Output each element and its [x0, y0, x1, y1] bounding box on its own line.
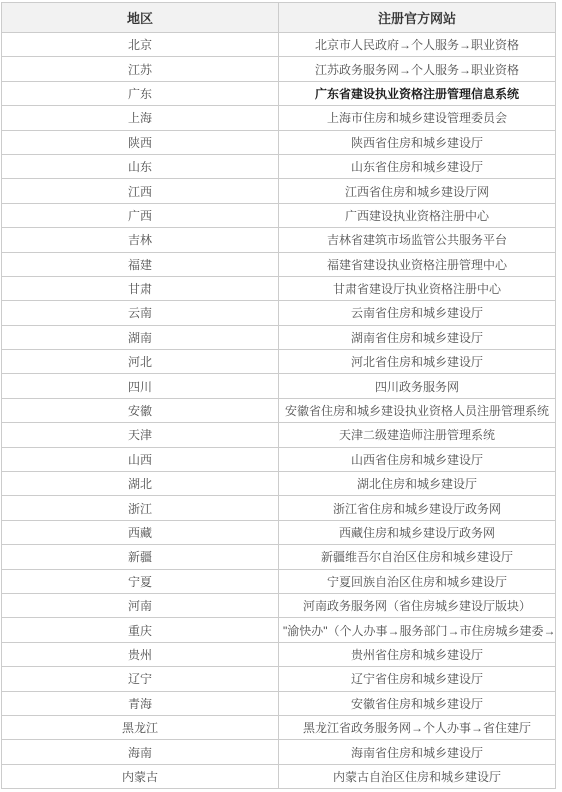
region-cell: 甘肃	[2, 276, 279, 300]
region-cell: 新疆	[2, 545, 279, 569]
header-cell-region: 地区	[2, 3, 279, 33]
region-cell: 青海	[2, 691, 279, 715]
website-cell: 黑龙江省政务服务网→个人办事→省住建厅	[279, 715, 556, 739]
region-cell: 重庆	[2, 618, 279, 642]
region-cell: 黑龙江	[2, 715, 279, 739]
website-cell: 天津二级建造师注册管理系统	[279, 423, 556, 447]
website-cell: 河北省住房和城乡建设厅	[279, 350, 556, 374]
website-cell: 湖南省住房和城乡建设厅	[279, 325, 556, 349]
website-cell: 新疆维吾尔自治区住房和城乡建设厅	[279, 545, 556, 569]
table-row: 西藏 西藏住房和城乡建设厅政务网	[2, 520, 556, 544]
website-cell: 山东省住房和城乡建设厅	[279, 154, 556, 178]
region-cell: 江苏	[2, 57, 279, 81]
region-cell: 内蒙古	[2, 764, 279, 788]
website-cell: 陕西省住房和城乡建设厅	[279, 130, 556, 154]
website-cell: 宁夏回族自治区住房和城乡建设厅	[279, 569, 556, 593]
website-cell: 江苏政务服务网→个人服务→职业资格	[279, 57, 556, 81]
website-cell: 四川政务服务网	[279, 374, 556, 398]
table-row: 贵州 贵州省住房和城乡建设厅	[2, 642, 556, 666]
table-row: 浙江 浙江省住房和城乡建设厅政务网	[2, 496, 556, 520]
website-cell: 山西省住房和城乡建设厅	[279, 447, 556, 471]
region-cell: 北京	[2, 33, 279, 57]
website-cell: 辽宁省住房和城乡建设厅	[279, 667, 556, 691]
website-cell: 浙江省住房和城乡建设厅政务网	[279, 496, 556, 520]
table-row: 北京 北京市人民政府→个人服务→职业资格	[2, 33, 556, 57]
table-row: 湖南 湖南省住房和城乡建设厅	[2, 325, 556, 349]
region-cell: 山西	[2, 447, 279, 471]
table-row: 黑龙江 黑龙江省政务服务网→个人办事→省住建厅	[2, 715, 556, 739]
table-row: 吉林 吉林省建筑市场监管公共服务平台	[2, 228, 556, 252]
region-cell: 贵州	[2, 642, 279, 666]
table-row: 河北 河北省住房和城乡建设厅	[2, 350, 556, 374]
table-header: 地区 注册官方网站	[2, 3, 556, 33]
region-cell: 江西	[2, 179, 279, 203]
website-cell: 安徽省住房和城乡建设厅	[279, 691, 556, 715]
region-cell: 辽宁	[2, 667, 279, 691]
region-cell: 广西	[2, 203, 279, 227]
table-row: 湖北 湖北住房和城乡建设厅	[2, 472, 556, 496]
header-row: 地区 注册官方网站	[2, 3, 556, 33]
website-cell: 广东省建设执业资格注册管理信息系统	[279, 81, 556, 105]
website-cell: 北京市人民政府→个人服务→职业资格	[279, 33, 556, 57]
table-row: 海南 海南省住房和城乡建设厅	[2, 740, 556, 764]
table-row: 云南 云南省住房和城乡建设厅	[2, 301, 556, 325]
region-cell: 云南	[2, 301, 279, 325]
website-cell: 内蒙古自治区住房和城乡建设厅	[279, 764, 556, 788]
region-cell: 海南	[2, 740, 279, 764]
region-cell: 西藏	[2, 520, 279, 544]
table-row: 上海 上海市住房和城乡建设管理委员会	[2, 106, 556, 130]
table-row: 安徽 安徽省住房和城乡建设执业资格人员注册管理系统	[2, 398, 556, 422]
website-cell: 吉林省建筑市场监管公共服务平台	[279, 228, 556, 252]
website-cell: 广西建设执业资格注册中心	[279, 203, 556, 227]
region-cell: 河南	[2, 593, 279, 617]
website-cell: 贵州省住房和城乡建设厅	[279, 642, 556, 666]
table-row: 广东 广东省建设执业资格注册管理信息系统	[2, 81, 556, 105]
table-row: 新疆 新疆维吾尔自治区住房和城乡建设厅	[2, 545, 556, 569]
region-cell: 吉林	[2, 228, 279, 252]
region-cell: 上海	[2, 106, 279, 130]
table-row: 广西 广西建设执业资格注册中心	[2, 203, 556, 227]
registration-websites-table: 地区 注册官方网站 北京 北京市人民政府→个人服务→职业资格 江苏 江苏政务服务…	[1, 2, 556, 789]
website-cell: 甘肃省建设厅执业资格注册中心	[279, 276, 556, 300]
website-cell: "渝快办"（个人办事→服务部门→市住房城乡建委→二级注册建造师相关注册）	[279, 618, 556, 642]
region-cell: 浙江	[2, 496, 279, 520]
website-cell: 安徽省住房和城乡建设执业资格人员注册管理系统	[279, 398, 556, 422]
region-cell: 广东	[2, 81, 279, 105]
table-row: 内蒙古 内蒙古自治区住房和城乡建设厅	[2, 764, 556, 788]
region-cell: 福建	[2, 252, 279, 276]
region-cell: 四川	[2, 374, 279, 398]
website-cell: 河南政务服务网（省住房城乡建设厅版块）	[279, 593, 556, 617]
table-row: 甘肃 甘肃省建设厅执业资格注册中心	[2, 276, 556, 300]
table-row: 辽宁 辽宁省住房和城乡建设厅	[2, 667, 556, 691]
website-cell: 湖北住房和城乡建设厅	[279, 472, 556, 496]
table-row: 山东 山东省住房和城乡建设厅	[2, 154, 556, 178]
table-body: 北京 北京市人民政府→个人服务→职业资格 江苏 江苏政务服务网→个人服务→职业资…	[2, 33, 556, 789]
table-row: 重庆 "渝快办"（个人办事→服务部门→市住房城乡建委→二级注册建造师相关注册）	[2, 618, 556, 642]
website-cell: 西藏住房和城乡建设厅政务网	[279, 520, 556, 544]
table-row: 山西 山西省住房和城乡建设厅	[2, 447, 556, 471]
table-row: 福建 福建省建设执业资格注册管理中心	[2, 252, 556, 276]
region-cell: 陕西	[2, 130, 279, 154]
table-row: 四川 四川政务服务网	[2, 374, 556, 398]
region-cell: 湖南	[2, 325, 279, 349]
website-cell: 江西省住房和城乡建设厅网	[279, 179, 556, 203]
header-cell-website: 注册官方网站	[279, 3, 556, 33]
region-cell: 安徽	[2, 398, 279, 422]
region-cell: 山东	[2, 154, 279, 178]
region-cell: 宁夏	[2, 569, 279, 593]
table-row: 陕西 陕西省住房和城乡建设厅	[2, 130, 556, 154]
website-cell: 福建省建设执业资格注册管理中心	[279, 252, 556, 276]
region-cell: 河北	[2, 350, 279, 374]
region-cell: 天津	[2, 423, 279, 447]
website-cell: 云南省住房和城乡建设厅	[279, 301, 556, 325]
table-row: 青海 安徽省住房和城乡建设厅	[2, 691, 556, 715]
table-row: 江西 江西省住房和城乡建设厅网	[2, 179, 556, 203]
region-cell: 湖北	[2, 472, 279, 496]
website-cell: 海南省住房和城乡建设厅	[279, 740, 556, 764]
table-row: 河南 河南政务服务网（省住房城乡建设厅版块）	[2, 593, 556, 617]
registration-table-wrapper: 地区 注册官方网站 北京 北京市人民政府→个人服务→职业资格 江苏 江苏政务服务…	[0, 0, 562, 789]
website-cell: 上海市住房和城乡建设管理委员会	[279, 106, 556, 130]
table-row: 天津 天津二级建造师注册管理系统	[2, 423, 556, 447]
table-row: 江苏 江苏政务服务网→个人服务→职业资格	[2, 57, 556, 81]
table-row: 宁夏 宁夏回族自治区住房和城乡建设厅	[2, 569, 556, 593]
